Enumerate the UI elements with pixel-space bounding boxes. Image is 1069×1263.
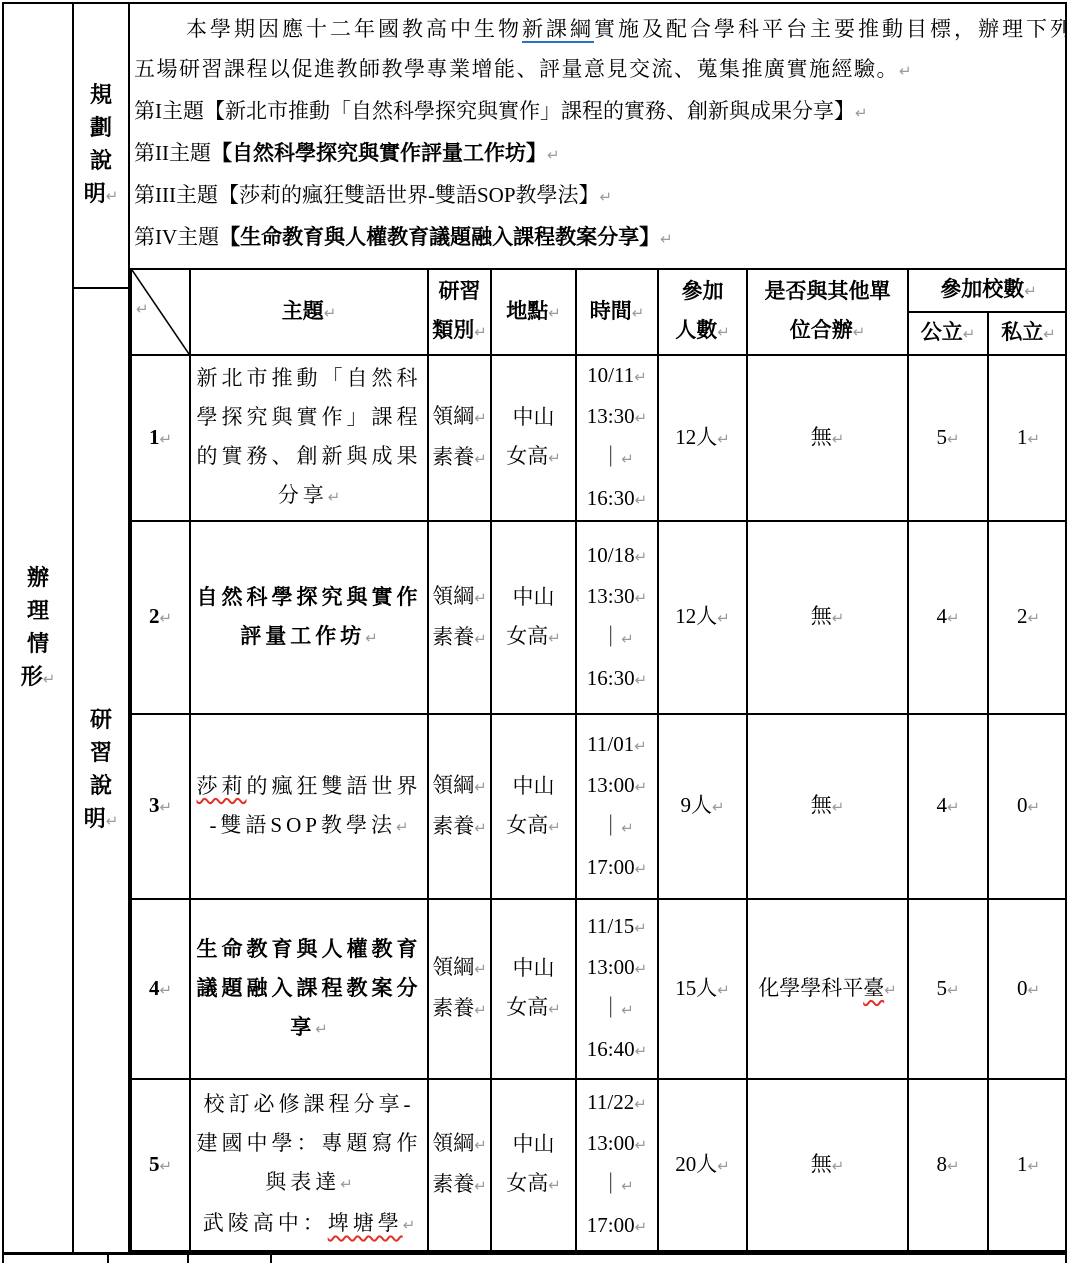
section-label-handling-status: 辦理情形↵: [21, 561, 56, 696]
workshop-table: ↵ 主題↵ 研習類別↵ 地點↵ 時間↵ 參加人數↵ 是否與其他單位合辦↵ 參加校…: [130, 268, 1065, 1252]
cell-coorganizer: 無↵: [747, 1079, 908, 1251]
cell-public-count: 5↵: [908, 899, 988, 1079]
cell-time: 11/01↵13:00↵｜↵17:00↵: [576, 714, 658, 899]
table-header-row-1: ↵ 主題↵ 研習類別↵ 地點↵ 時間↵ 參加人數↵ 是否與其他單位合辦↵ 參加校…: [131, 269, 1065, 312]
header-time: 時間↵: [576, 269, 658, 355]
cell-category: 領綱↵素養↵: [428, 1079, 491, 1251]
workshop-row-2: 2↵ 自然科學探究與實作評量工作坊↵ 領綱↵素養↵ 中山女高↵ 10/18↵13…: [131, 521, 1065, 714]
workshop-row-5: 5↵ 校訂必修課程分享-建國中學：專題寫作與表達↵武陵高中：埤塘學↵ 領綱↵素養…: [131, 1079, 1065, 1251]
cell-participants: 15人↵: [658, 899, 747, 1079]
content-area: 本學期因應十二年國教高中生物新課綱實施及配合學科平台主要推動目標，辦理下列五場研…: [130, 4, 1065, 1252]
planning-description-text: 本學期因應十二年國教高中生物新課綱實施及配合學科平台主要推動目標，辦理下列五場研…: [130, 4, 1065, 268]
cell-num: 4↵: [131, 899, 190, 1079]
cell-private-count: 1↵: [988, 1079, 1065, 1251]
cell-coorganizer: 化學學科平臺↵: [747, 899, 908, 1079]
partial-row-divider: [187, 1255, 189, 1263]
document-page: 辦理情形↵ 規劃說明↵ 研習說明↵ 本學期因應十二年國教高中生物新課綱實施及配合…: [2, 2, 1067, 1263]
cell-topic: 莎莉的瘋狂雙語世界-雙語SOP教學法↵: [190, 714, 428, 899]
cell-time: 11/15↵13:00↵｜↵16:40↵: [576, 899, 658, 1079]
cell-topic: 生命教育與人權教育議題融入課程教案分享↵: [190, 899, 428, 1079]
cell-participants: 9人↵: [658, 714, 747, 899]
header-coorganizer: 是否與其他單位合辦↵: [747, 269, 908, 355]
cell-coorganizer: 無↵: [747, 355, 908, 521]
header-private: 私立↵: [988, 312, 1065, 355]
planning-description-label: 規劃說明↵: [84, 78, 119, 213]
cell-location: 中山女高↵: [491, 355, 576, 521]
cell-topic: 校訂必修課程分享-建國中學：專題寫作與表達↵武陵高中：埤塘學↵: [190, 1079, 428, 1251]
cell-coorganizer: 無↵: [747, 714, 908, 899]
header-participants: 參加人數↵: [658, 269, 747, 355]
cell-location: 中山女高↵: [491, 521, 576, 714]
section-label-column: 辦理情形↵: [4, 4, 74, 1252]
cell-time: 10/11↵13:30↵｜↵16:30↵: [576, 355, 658, 521]
cell-time: 11/22↵13:00↵｜↵17:00↵: [576, 1079, 658, 1251]
cell-category: 領綱↵素養↵: [428, 714, 491, 899]
next-section-partial-row: [4, 1255, 1065, 1263]
cell-coorganizer: 無↵: [747, 521, 908, 714]
cell-num: 3↵: [131, 714, 190, 899]
subsection-label-column: 規劃說明↵ 研習說明↵: [74, 4, 130, 1252]
partial-row-divider: [270, 1255, 272, 1263]
cell-location: 中山女高↵: [491, 714, 576, 899]
cell-num: 5↵: [131, 1079, 190, 1251]
cell-time: 10/18↵13:30↵｜↵16:30↵: [576, 521, 658, 714]
corner-pilcrow-mark: ↵: [136, 300, 149, 318]
header-public: 公立↵: [908, 312, 988, 355]
workshop-label-cell: 研習說明↵: [74, 289, 128, 1252]
cell-private-count: 2↵: [988, 521, 1065, 714]
cell-participants: 20人↵: [658, 1079, 747, 1251]
cell-topic: 自然科學探究與實作評量工作坊↵: [190, 521, 428, 714]
workshop-row-1: 1↵ 新北市推動「自然科學探究與實作」課程的實務、創新與成果分享↵ 領綱↵素養↵…: [131, 355, 1065, 521]
planning-label-cell: 規劃說明↵: [74, 4, 128, 289]
cell-public-count: 8↵: [908, 1079, 988, 1251]
cell-location: 中山女高↵: [491, 899, 576, 1079]
cell-category: 領綱↵素養↵: [428, 521, 491, 714]
main-section: 辦理情形↵ 規劃說明↵ 研習說明↵ 本學期因應十二年國教高中生物新課綱實施及配合…: [4, 4, 1065, 1255]
header-location: 地點↵: [491, 269, 576, 355]
cell-category: 領綱↵素養↵: [428, 899, 491, 1079]
cell-location: 中山女高↵: [491, 1079, 576, 1251]
cell-num: 1↵: [131, 355, 190, 521]
header-category: 研習類別↵: [428, 269, 491, 355]
cell-topic: 新北市推動「自然科學探究與實作」課程的實務、創新與成果分享↵: [190, 355, 428, 521]
workshop-row-3: 3↵ 莎莉的瘋狂雙語世界-雙語SOP教學法↵ 領綱↵素養↵ 中山女高↵ 11/0…: [131, 714, 1065, 899]
cell-private-count: 0↵: [988, 899, 1065, 1079]
header-topic: 主題↵: [190, 269, 428, 355]
cell-public-count: 4↵: [908, 714, 988, 899]
cell-participants: 12人↵: [658, 521, 747, 714]
partial-row-divider: [107, 1255, 109, 1263]
cell-private-count: 0↵: [988, 714, 1065, 899]
cell-public-count: 5↵: [908, 355, 988, 521]
cell-num: 2↵: [131, 521, 190, 714]
cell-participants: 12人↵: [658, 355, 747, 521]
workshop-description-label: 研習說明↵: [84, 703, 119, 838]
corner-cell: ↵: [131, 269, 190, 355]
workshop-row-4: 4↵ 生命教育與人權教育議題融入課程教案分享↵ 領綱↵素養↵ 中山女高↵ 11/…: [131, 899, 1065, 1079]
cell-public-count: 4↵: [908, 521, 988, 714]
header-school-count: 參加校數↵: [908, 269, 1065, 312]
cell-private-count: 1↵: [988, 355, 1065, 521]
cell-category: 領綱↵素養↵: [428, 355, 491, 521]
